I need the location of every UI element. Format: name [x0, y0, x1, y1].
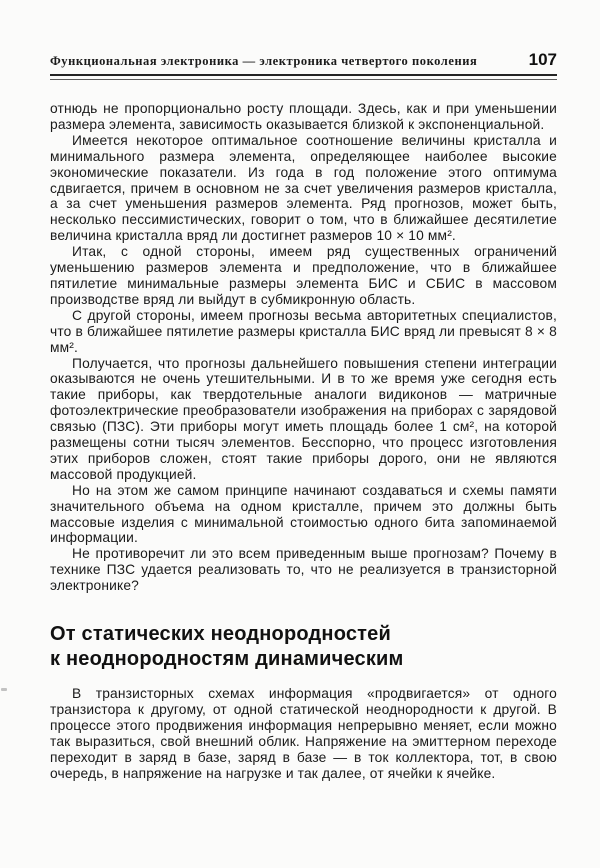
paragraph: Имеется некоторое оптимальное соотношени… — [50, 133, 557, 244]
running-header: Функциональная электроника — электроника… — [50, 50, 557, 70]
paragraph: Получается, что прогнозы дальнейшего пов… — [50, 356, 557, 483]
section-heading: От статических неоднородностей к неоднор… — [50, 622, 557, 671]
paragraph: В транзисторных схемах информация «продв… — [50, 686, 557, 781]
header-rule — [50, 74, 557, 80]
body-text: отнюдь не пропорционально росту площади.… — [50, 101, 557, 594]
section-heading-line-2: к неоднородностям динамическим — [50, 647, 557, 672]
page-number: 107 — [529, 50, 557, 70]
section-heading-line-1: От статических неоднородностей — [50, 622, 557, 647]
paragraph: С другой стороны, имеем прогнозы весьма … — [50, 308, 557, 356]
paragraph: Итак, с одной стороны, имеем ряд существ… — [50, 244, 557, 308]
paragraph: Не противоречит ли это всем приведенным … — [50, 546, 557, 594]
paragraph: отнюдь не пропорционально росту площади.… — [50, 101, 557, 133]
paragraph: Но на этом же самом принципе начинают со… — [50, 483, 557, 547]
running-title: Функциональная электроника — электроника… — [50, 54, 477, 69]
scan-speck — [1, 688, 7, 691]
book-page: Функциональная электроника — электроника… — [0, 0, 600, 868]
